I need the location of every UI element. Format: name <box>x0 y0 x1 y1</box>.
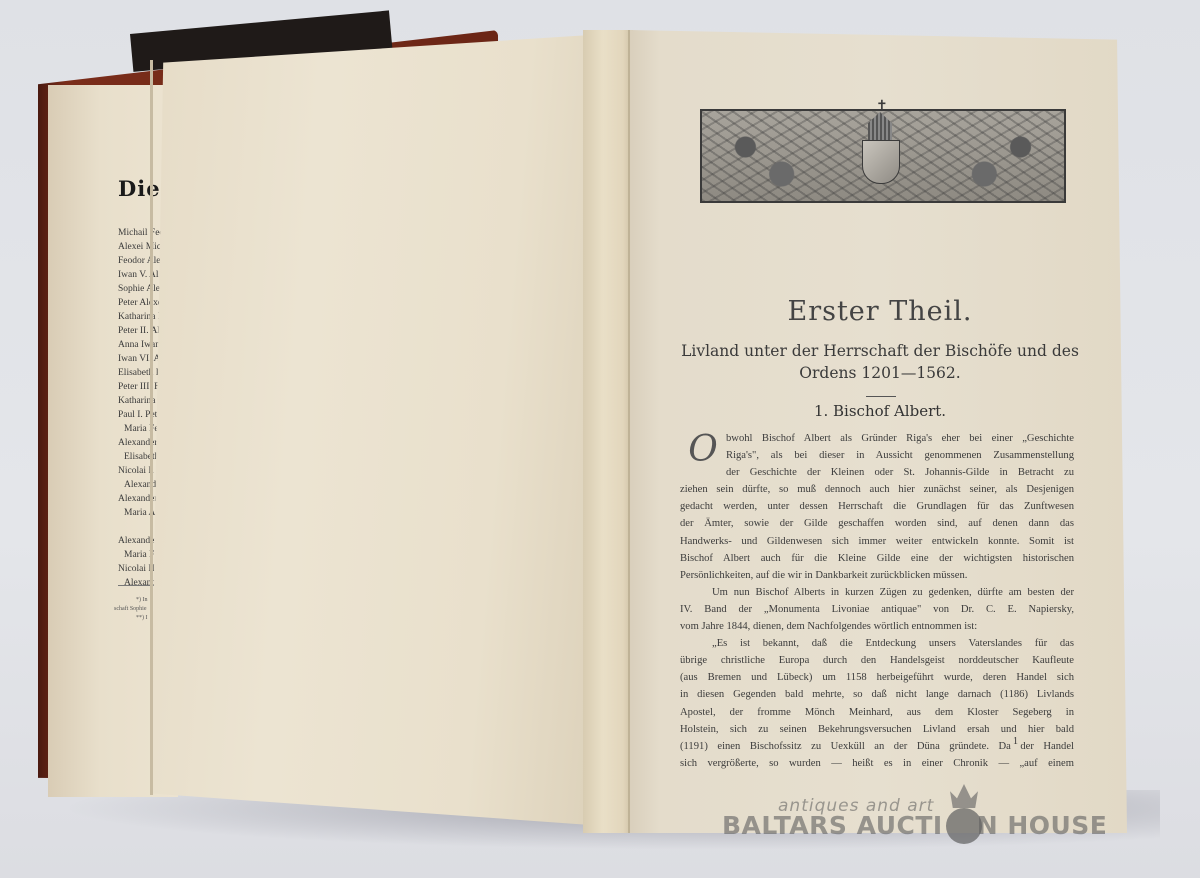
cross-icon: ✝ <box>876 99 888 113</box>
text-line: gedacht werden, unter dessen Herrschaft … <box>680 498 1074 515</box>
text-line: übrige christliche Europa durch den Hand… <box>680 652 1074 669</box>
list-heading: Die <box>118 176 161 201</box>
text-line: Persönlichkeiten, auf die wir in Dankbar… <box>680 567 1074 584</box>
text-line: Apostel, der fromme Mönch Meinhard, aus … <box>680 704 1074 721</box>
list-item: Elisabeth P <box>118 368 161 378</box>
subtitle-line: Ordens 1201—1562. <box>640 362 1120 384</box>
subtitle-line: Livland unter der Herrschaft der Bischöf… <box>640 340 1120 362</box>
watermark-name: BALTARS AUCTIN HOUSE <box>722 811 1107 840</box>
text-line: Um nun Bischof Alberts in kurzen Zügen z… <box>680 584 1074 601</box>
section-subtitle: Livland unter der Herrschaft der Bischöf… <box>640 340 1120 384</box>
text-line: der Geschichte der Kleinen oder St. Joha… <box>680 464 1074 481</box>
text-line: „Es ist bekannt, daß die Entdeckung unse… <box>680 635 1074 652</box>
page-number: 1 <box>1013 736 1018 747</box>
part-title: Erster Theil. <box>640 296 1120 327</box>
list-item: Peter II. Ale <box>118 326 164 336</box>
text-line: (aus Bremen und Lübeck) um 1158 herbeige… <box>680 669 1074 686</box>
list-item: Katharina I. <box>118 312 163 322</box>
text-line: ziehen sein dürfte, so muß dennoch auch … <box>680 481 1074 498</box>
flyleaf-edge <box>150 60 153 795</box>
text-line: der Ämter, sowie der Gilde geschaffen wo… <box>680 515 1074 532</box>
list-item: Nicolai I. P <box>118 466 162 476</box>
list-item: Peter Alexej <box>118 298 165 308</box>
text-line: Handwerks- und Gildenwesen sich immer we… <box>680 533 1074 550</box>
page-body-text: bwohl Bischof Albert als Gründer Riga's … <box>680 430 1074 772</box>
list-item: Iwan VI. A <box>118 354 160 364</box>
watermark-name-part: BALTARS AUCTI <box>722 811 943 840</box>
text-line: IV. Band der „Monumenta Livoniae antiqua… <box>680 601 1074 618</box>
book-gutter <box>583 30 633 833</box>
blank-flyleaf-page <box>150 35 590 825</box>
text-line: Riga's", als bei dieser in Aussicht geno… <box>680 447 1074 464</box>
footnote: schaft Sophie <box>114 606 147 612</box>
list-item: Anna Iwan <box>118 340 160 350</box>
text-line: in diesen Gegenden bald mehrte, so daß n… <box>680 686 1074 703</box>
footnote: **) I <box>136 615 148 621</box>
title-divider <box>866 396 896 397</box>
gutter-fold <box>628 30 630 833</box>
list-item: Elisabeth <box>124 452 159 462</box>
footnote: *) In <box>136 597 148 603</box>
chapter-title: 1. Bischof Albert. <box>640 402 1120 420</box>
list-item: Paul I. Petr <box>118 410 160 420</box>
text-line: vom Jahre 1844, dienen, dem Nachfolgende… <box>680 618 1074 635</box>
watermark-name-part: N HOUSE <box>977 811 1108 840</box>
text-line: Bischof Albert auch für die Kleine Gilde… <box>680 550 1074 567</box>
list-item: Katharina I <box>118 396 161 406</box>
shield-icon <box>862 140 900 184</box>
text-line: bwohl Bischof Albert als Gründer Riga's … <box>680 430 1074 447</box>
list-item: Peter III. Fe <box>118 382 164 392</box>
text-line: sich vergrößerte, so wurden — heißt es i… <box>680 755 1074 772</box>
